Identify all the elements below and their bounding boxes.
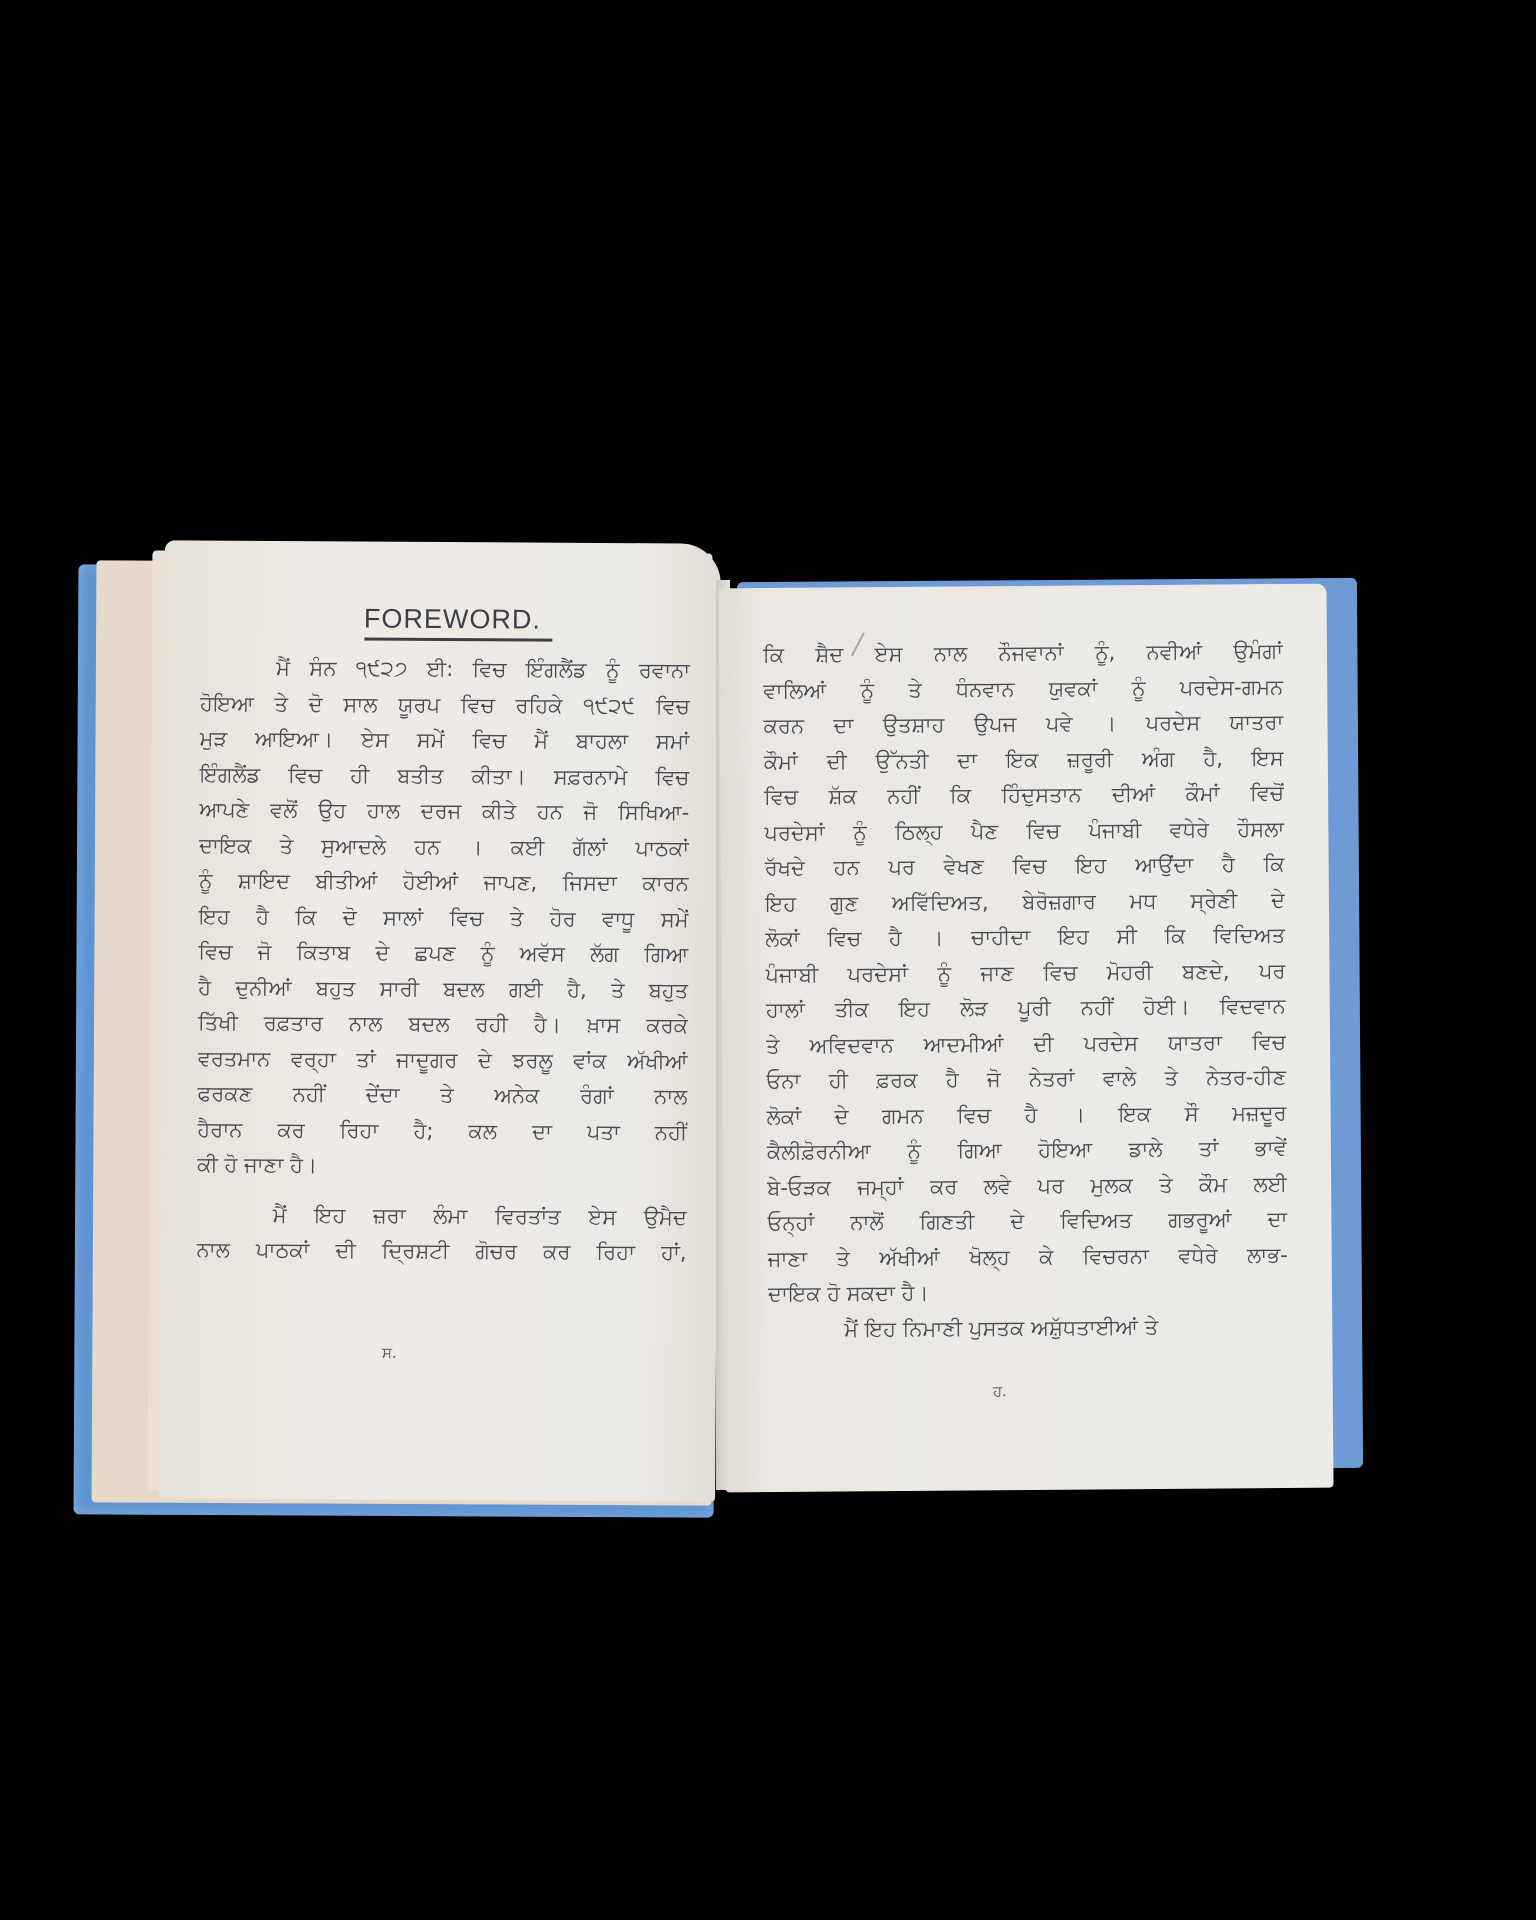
text-line: ਇਹ ਗੁਣ ਅਵਿੱਦਿਅਤ, ਬੇਰੋਜ਼ਗਾਰ ਮਧ ਸ੍ਰੇਣੀ ਦੇ — [765, 882, 1285, 922]
left-page: FOREWORD. ਮੈਂ ਸੰਨ ੧੯੨੭ ਈ: ਵਿਚ ਇੰਗਲੈਂਡ ਨੂ… — [159, 540, 721, 1501]
title-underline — [364, 638, 552, 642]
text-line: ਬੇ-ਓੜਕ ਜਮ੍ਹਾਂ ਕਰ ਲਵੇ ਪਰ ਮੁਲਕ ਤੇ ਕੌਮ ਲਈ — [767, 1166, 1287, 1206]
text-line: ਇਹ ਹੈ ਕਿ ਦੋ ਸਾਲਾਂ ਵਿਚ ਤੇ ਹੋਰ ਵਾਧੂ ਸਮੇਂ — [199, 899, 689, 937]
page-number-left: ਸ. — [382, 1344, 397, 1362]
open-book-photo: FOREWORD. ਮੈਂ ਸੰਨ ੧੯੨੭ ਈ: ਵਿਚ ਇੰਗਲੈਂਡ ਨੂ… — [0, 0, 1536, 1920]
text-line: ਹਾਲਾਂ ਤੀਕ ਇਹ ਲੋੜ ਪੂਰੀ ਨਹੀਂ ਹੋਈ। ਵਿਦਵਾਨ — [766, 989, 1286, 1029]
text-line: ਵਰਤਮਾਨ ਵਰ੍ਹਾ ਤਾਂ ਜਾਦੂਗਰ ਦੇ ਝਰਲੂ ਵਾਂਕ ਅੱਖ… — [198, 1041, 688, 1079]
text-line: ਕੌਮਾਂ ਦੀ ਉੱਨਤੀ ਦਾ ਇਕ ਜ਼ਰੂਰੀ ਅੰਗ ਹੈ, ਇਸ — [764, 740, 1284, 780]
text-line: ਲੋਕਾਂ ਦੇ ਗਮਨ ਵਿਚ ਹੈ । ਇਕ ਸੌ ਮਜ਼ਦੂਰ — [766, 1095, 1286, 1135]
text-line: ਵਿਚ ਜੋ ਕਿਤਾਬ ਦੇ ਛਪਣ ਨੂੰ ਅਵੱਸ ਲੱਗ ਗਿਆ — [198, 935, 688, 973]
page-title: FOREWORD. — [362, 604, 542, 636]
text-line: ਜਾਣਾ ਤੇ ਅੱਖੀਆਂ ਖੋਲ੍ਹ ਕੇ ਵਿਚਰਨਾ ਵਧੇਰੇ ਲਾਭ… — [768, 1237, 1288, 1277]
text-line: ਤੇ ਅਵਿਦਵਾਨ ਆਦਮੀਆਂ ਦੀ ਪਰਦੇਸ ਯਾਤਰਾ ਵਿਚ — [766, 1024, 1286, 1064]
text-line: ਮੈਂ ਇਹ ਨਿਮਾਣੀ ਪੁਸਤਕ ਅਸ਼ੁੱਧਤਾਈਆਂ ਤੇ — [768, 1308, 1288, 1348]
text-line: ਫਰਕਣ ਨਹੀਂ ਦੇਂਦਾ ਤੇ ਅਨੇਕ ਰੰਗਾਂ ਨਾਲ — [197, 1077, 687, 1115]
text-line: ਹੈ ਦੁਨੀਆਂ ਬਹੁਤ ਸਾਰੀ ਬਦਲ ਗਈ ਹੈ, ਤੇ ਬਹੁਤ — [198, 970, 688, 1008]
text-line: ਮੁੜ ਆਇਆ। ਏਸ ਸਮੇਂ ਵਿਚ ਮੈਂ ਬਾਹਲਾ ਸਮਾਂ — [200, 722, 690, 760]
text-line: ਨੂੰ ਸ਼ਾਇਦ ਬੀਤੀਆਂ ਹੋਈਆਂ ਜਾਪਣ, ਜਿਸਦਾ ਕਾਰਨ — [199, 864, 689, 902]
text-line: ਤਿੱਖੀ ਰਫ਼ਤਾਰ ਨਾਲ ਬਦਲ ਰਹੀ ਹੈ। ਖ਼ਾਸ ਕਰਕੇ — [198, 1006, 688, 1044]
text-line: ਵਾਲਿਆਂ ਨੂੰ ਤੇ ਧੰਨਵਾਨ ਯੁਵਕਾਂ ਨੂੰ ਪਰਦੇਸ-ਗਮ… — [763, 669, 1283, 709]
text-line: ਨਾਲ ਪਾਠਕਾਂ ਦੀ ਦ੍ਰਿਸ਼ਟੀ ਗੋਚਰ ਕਰ ਰਿਹਾ ਹਾਂ, — [196, 1233, 686, 1271]
text-line: ਕਿ ਸ਼ੈਦ ਏਸ ਨਾਲ ਨੌਜਵਾਨਾਂ ਨੂੰ, ਨਵੀਆਂ ਉਮੰਗਾ… — [763, 634, 1283, 674]
text-line: ਰੱਖਦੇ ਹਨ ਪਰ ਵੇਖਣ ਵਿਚ ਇਹ ਆਉਂਦਾ ਹੈ ਕਿ — [765, 847, 1285, 887]
page-number-right: ਹ. — [993, 1382, 1007, 1400]
text-line: ਆਪਣੇ ਵਲੋਂ ਉਹ ਹਾਲ ਦਰਜ ਕੀਤੇ ਹਨ ਜੋ ਸਿਖਿਆ- — [199, 793, 689, 831]
text-line: ਪੰਜਾਬੀ ਪਰਦੇਸਾਂ ਨੂੰ ਜਾਣ ਵਿਚ ਮੋਹਰੀ ਬਣਦੇ, ਪ… — [765, 953, 1285, 993]
text-line: ਕਰਨ ਦਾ ਉਤਸ਼ਾਹ ਉਪਜ ਪਵੇ । ਪਰਦੇਸ ਯਾਤਰਾ — [763, 705, 1283, 745]
text-line: ਲੋਕਾਂ ਵਿਚ ਹੈ । ਚਾਹੀਦਾ ਇਹ ਸੀ ਕਿ ਵਿਦਿਅਤ — [765, 918, 1285, 958]
text-line: ਮੈਂ ਇਹ ਜ਼ਰਾ ਲੰਮਾ ਵਿਰਤਾਂਤ ਏਸ ਉਮੈਦ — [197, 1197, 687, 1235]
text-line: ਹੈਰਾਨ ਕਰ ਰਿਹਾ ਹੈ; ਕਲ ਦਾ ਪਤਾ ਨਹੀਂ — [197, 1112, 687, 1150]
text-line: ਹੋਇਆ ਤੇ ਦੋ ਸਾਲ ਯੂਰਪ ਵਿਚ ਰਹਿਕੇ ੧੯੨੯ ਵਿਚ — [200, 686, 690, 724]
left-page-body: ਮੈਂ ਸੰਨ ੧੯੨੭ ਈ: ਵਿਚ ਇੰਗਲੈਂਡ ਨੂੰ ਰਵਾਨਾ ਹੋ… — [196, 651, 690, 1271]
text-line: ਓਨਾ ਹੀ ਫ਼ਰਕ ਹੈ ਜੋ ਨੇਤਰਾਂ ਵਾਲੇ ਤੇ ਨੇਤਰ-ਹੀ… — [766, 1060, 1286, 1100]
text-line: ਕੈਲੀਫ਼ੋਰਨੀਆ ਨੂੰ ਗਿਆ ਹੋਇਆ ਡਾਲੇ ਤਾਂ ਭਾਵੇਂ — [767, 1131, 1287, 1171]
right-page: ਕਿ ਸ਼ੈਦ ਏਸ ਨਾਲ ਨੌਜਵਾਨਾਂ ਨੂੰ, ਨਵੀਆਂ ਉਮੰਗਾ… — [718, 584, 1333, 1493]
text-line: ਇੰਗਲੈਂਡ ਵਿਚ ਹੀ ਬਤੀਤ ਕੀਤਾ। ਸਫ਼ਰਨਾਮੇ ਵਿਚ — [199, 757, 689, 795]
right-page-body: ਕਿ ਸ਼ੈਦ ਏਸ ਨਾਲ ਨੌਜਵਾਨਾਂ ਨੂੰ, ਨਵੀਆਂ ਉਮੰਗਾ… — [763, 634, 1289, 1348]
text-line: ਕੀ ਹੋ ਜਾਣਾ ਹੈ। — [197, 1148, 687, 1186]
text-line: ਪਰਦੇਸਾਂ ਨੂੰ ਠਿਲ੍ਹ ਪੈਣ ਵਿਚ ਪੰਜਾਬੀ ਵਧੇਰੇ ਹ… — [764, 811, 1284, 851]
text-line: ਦਾਇਕ ਤੇ ਸੁਆਦਲੇ ਹਨ । ਕਈ ਗੱਲਾਂ ਪਾਠਕਾਂ — [199, 828, 689, 866]
text-line: ਦਾਇਕ ਹੋ ਸਕਦਾ ਹੈ। — [768, 1273, 1288, 1313]
text-line: ਵਿਚ ਸ਼ੱਕ ਨਹੀਂ ਕਿ ਹਿੰਦੁਸਤਾਨ ਦੀਆਂ ਕੌਮਾਂ ਵਿ… — [764, 776, 1284, 816]
text-line: ਓਨ੍ਹਾਂ ਨਾਲੋਂ ਗਿਣਤੀ ਦੇ ਵਿਦਿਅਤ ਗਭਰੂਆਂ ਦਾ — [767, 1202, 1287, 1242]
text-line: ਮੈਂ ਸੰਨ ੧੯੨੭ ਈ: ਵਿਚ ਇੰਗਲੈਂਡ ਨੂੰ ਰਵਾਨਾ — [200, 651, 690, 689]
